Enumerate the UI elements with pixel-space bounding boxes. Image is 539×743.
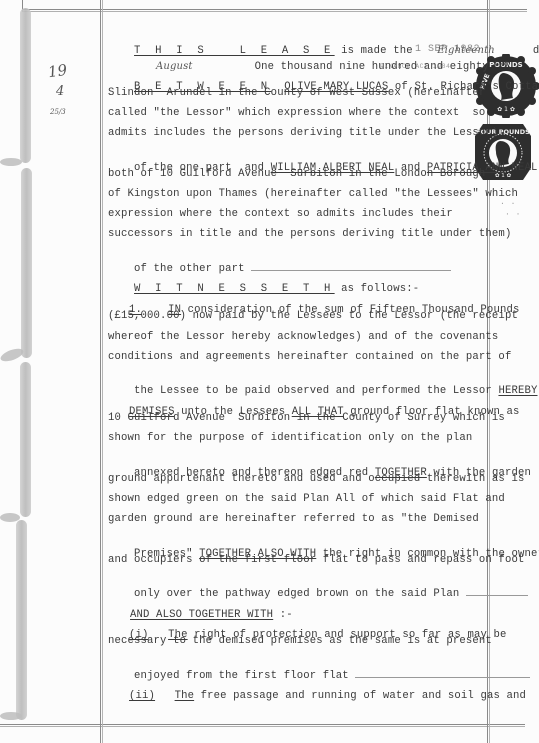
text: free passage and running of water and so… xyxy=(194,690,526,702)
binding-tape-knot xyxy=(0,346,25,364)
text-line: ground appurtenant thereto and used and … xyxy=(108,472,524,486)
binding-tape-knot xyxy=(0,513,20,522)
text-line: of Kingston upon Thames (hereinafter cal… xyxy=(108,187,518,201)
text: day of xyxy=(533,45,539,57)
margin-pencil-note: 19 xyxy=(47,61,68,81)
binding-tape-segment xyxy=(16,520,27,720)
text-line: admits includes the persons deriving tit… xyxy=(108,126,498,140)
text-line: whereof the Lessor hereby acknowledges) … xyxy=(108,330,498,344)
binding-tape-knot xyxy=(0,712,22,720)
text-line: expression where the context so admits i… xyxy=(108,207,453,221)
lease-document-page: 19 4 25/3 1 SEP 1982 FINANCE ACT 1984 PO… xyxy=(0,0,539,743)
binding-tape-segment xyxy=(21,168,32,358)
fill-line xyxy=(466,587,528,596)
text-line: both of 10 Guilford Avenue Surbiton in t… xyxy=(108,167,485,181)
text-line: called "the Lessor" which expression whe… xyxy=(108,106,485,120)
margin-pencil-note: 25/3 xyxy=(50,108,66,116)
binding-tape-knot xyxy=(0,158,22,166)
text-line: conditions and agreements hereinafter co… xyxy=(108,350,511,364)
text-line: shown edged green on the said Plan All o… xyxy=(108,492,505,506)
subclause-ii-line: (ii) The free passage and running of wat… xyxy=(103,675,526,717)
binding-tape-segment xyxy=(20,8,31,163)
text-line: successors in title and the persons deri… xyxy=(108,227,511,241)
subclause-the: The xyxy=(175,690,195,702)
bottom-border-rule-inner xyxy=(0,726,525,727)
top-border-rule xyxy=(22,9,527,10)
binding-tape-segment xyxy=(20,362,31,517)
bottom-border-rule xyxy=(0,724,525,725)
text-line: garden ground are hereinafter referred t… xyxy=(108,512,479,526)
margin-pencil-note: 4 xyxy=(56,84,64,99)
margin-speck: · · xyxy=(505,210,521,219)
text-line: 10 Guilford Avenue Surbiton in the Count… xyxy=(108,411,505,425)
top-border-rule-inner xyxy=(22,11,527,12)
text-line: shown for the purpose of identification … xyxy=(108,431,472,445)
text-line: necessary to the demised premises as the… xyxy=(108,634,492,648)
text-line: and occupiers of the first floor flat to… xyxy=(108,553,524,567)
text-line: Slindon Arundel in the County of West Su… xyxy=(108,86,485,100)
subclause-number: (ii) xyxy=(129,690,155,702)
text-line: (£15,000.00) now paid by the Lessees to … xyxy=(108,309,518,323)
left-margin-rule xyxy=(100,0,101,743)
text: NEAL xyxy=(505,162,538,174)
